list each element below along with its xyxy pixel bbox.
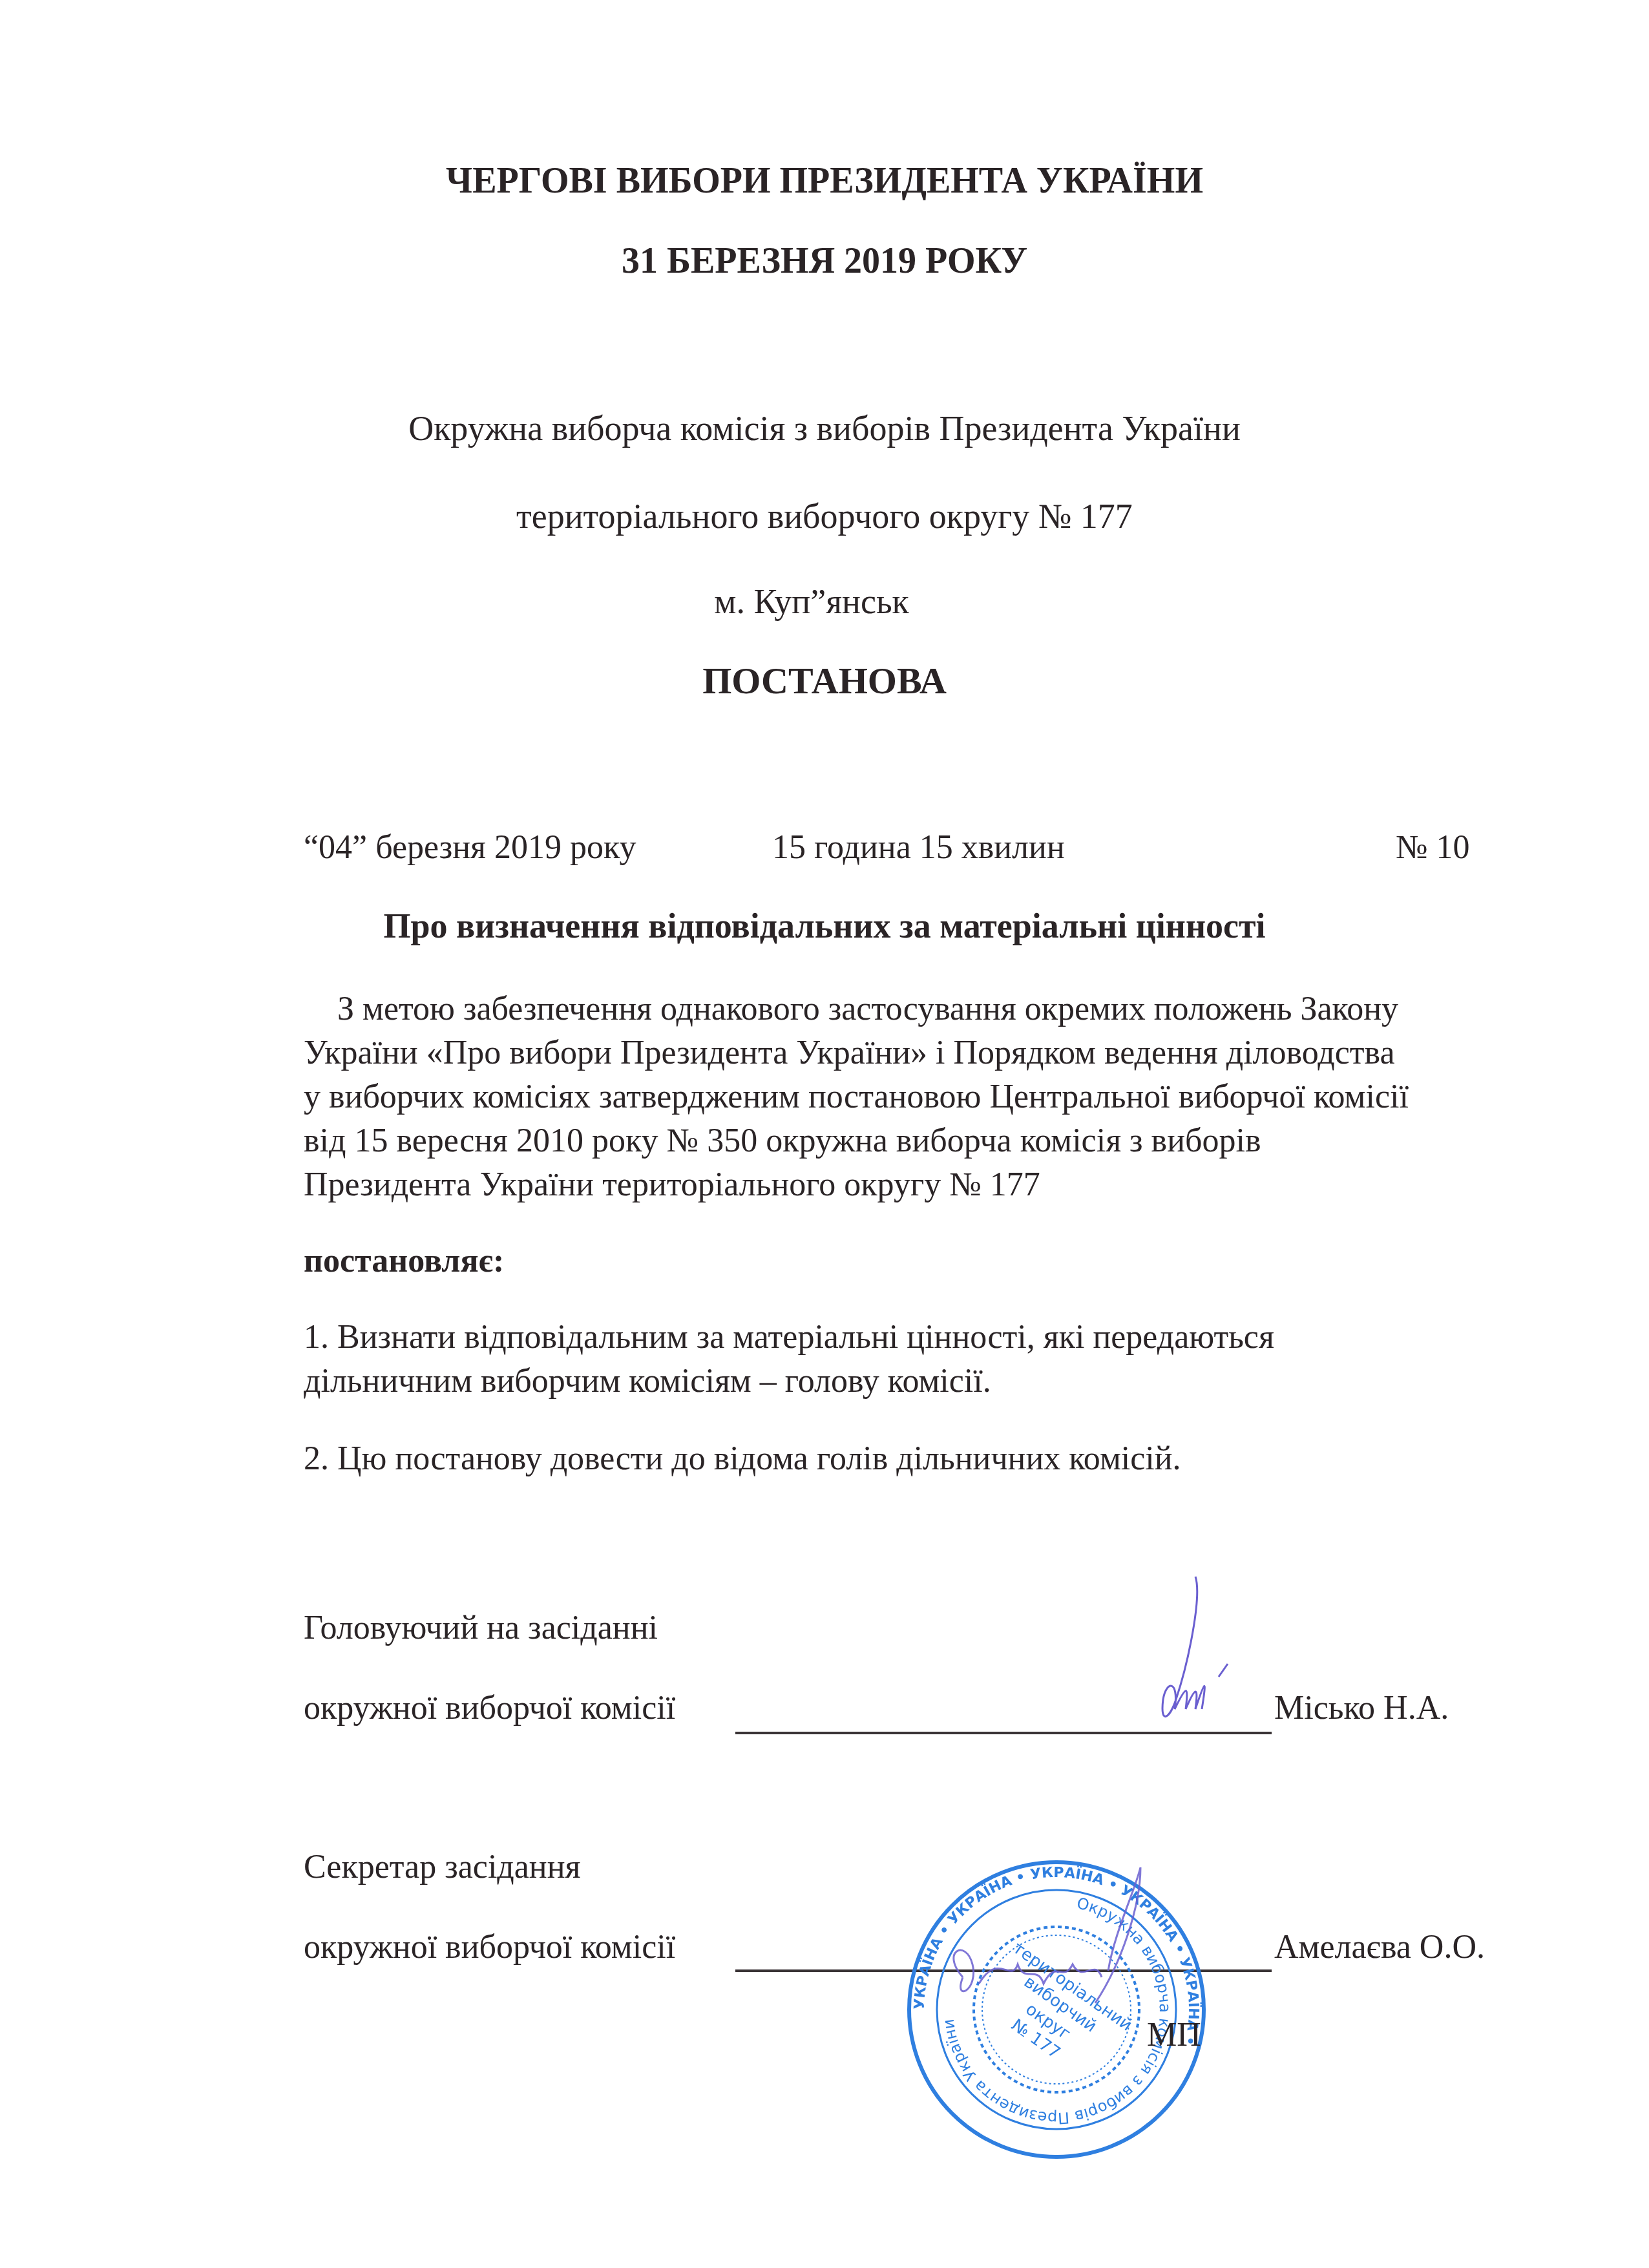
preamble-line: у виборчих комісіях затвердженим постано… bbox=[304, 1078, 1409, 1116]
signature-line bbox=[735, 1732, 1272, 1734]
seal-place-label: МП bbox=[1147, 2016, 1201, 2054]
district-name: територіального виборчого округу № 177 bbox=[0, 496, 1649, 536]
handwritten-signature-icon bbox=[1098, 1570, 1254, 1732]
preamble-line: З метою забезпечення однакового застосув… bbox=[337, 990, 1398, 1028]
document-date: “04” березня 2019 року bbox=[304, 828, 636, 866]
signer-role: Головуючий на засіданні bbox=[304, 1609, 658, 1647]
election-date-title: 31 БЕРЕЗНЯ 2019 РОКУ bbox=[0, 240, 1649, 282]
commission-name: Окружна виборча комісія з виборів Презид… bbox=[0, 408, 1649, 448]
item-line: 2. Цю постанову довести до відома голів … bbox=[304, 1440, 1181, 1478]
document-number: № 10 bbox=[1396, 828, 1470, 866]
item-line: дільничним виборчим комісіям – голову ко… bbox=[304, 1362, 991, 1400]
signer-name: Місько Н.А. bbox=[1274, 1689, 1449, 1727]
signer-role-org: окружної виборчої комісії bbox=[304, 1928, 675, 1966]
document-type: ПОСТАНОВА bbox=[0, 659, 1649, 702]
resolves-label: постановляє: bbox=[304, 1242, 504, 1280]
preamble-line: від 15 вересня 2010 року № 350 окружна в… bbox=[304, 1122, 1261, 1160]
signer-role-org: окружної виборчої комісії bbox=[304, 1689, 675, 1727]
document-subject: Про визначення відповідальних за матеріа… bbox=[0, 906, 1649, 946]
signer-name: Амелаєва О.О. bbox=[1274, 1928, 1485, 1966]
preamble-line: України «Про вибори Президента України» … bbox=[304, 1034, 1394, 1072]
election-title: ЧЕРГОВІ ВИБОРИ ПРЕЗИДЕНТА УКРАЇНИ bbox=[0, 160, 1649, 202]
preamble-line: Президента України територіального округ… bbox=[304, 1166, 1040, 1204]
document-time: 15 година 15 хвилин bbox=[772, 828, 1065, 866]
city: м. Куп”янськ bbox=[0, 582, 1636, 622]
official-seal-icon: УКРАЇНА • УКРАЇНА • УКРАЇНА • УКРАЇНА • … bbox=[901, 1854, 1212, 2165]
item-line: 1. Визнати відповідальним за матеріальні… bbox=[304, 1318, 1274, 1356]
signer-role: Секретар засідання bbox=[304, 1848, 580, 1886]
